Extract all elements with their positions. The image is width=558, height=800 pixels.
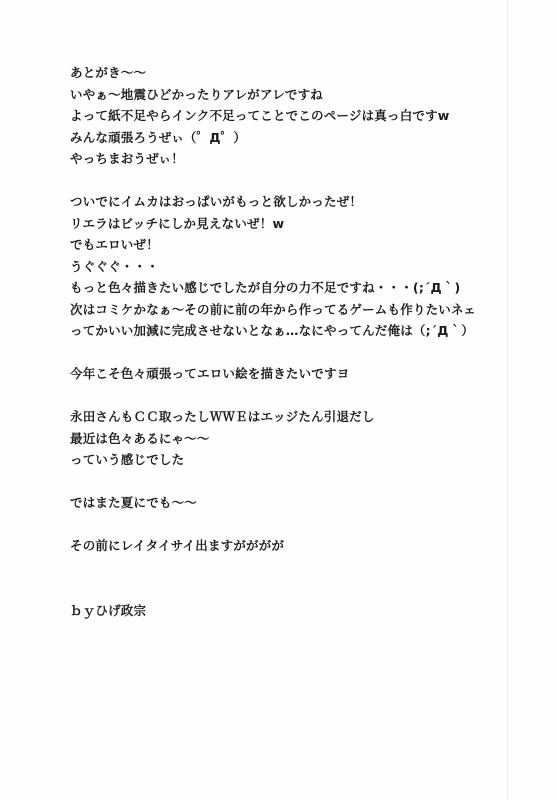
text-line: 最近は色々あるにゃ〜〜 (70, 428, 510, 450)
text-line: 永田さんもＣＣ取ったしＷＷＥはエッジたん引退だし (70, 406, 510, 428)
text-line: うぐぐぐ・・・ (70, 256, 510, 278)
paragraph-2: ついでにイムカはおっぱいがもっと欲しかったぜ！ リエラはビッチにしか見えないぜ！… (70, 191, 510, 342)
paragraph-gap (70, 557, 510, 600)
text-line: 次はコミケかなぁ〜その前に前の年から作ってるゲームも作りたいネェ (70, 299, 510, 321)
text-line: っていう感じでした (70, 449, 510, 471)
paragraph-gap (70, 342, 510, 364)
paragraph-gap (70, 471, 510, 493)
afterword-text: あとがき〜〜 いやぁ〜地震ひどかったりアレがアレですね よって紙不足やらインク不… (70, 62, 510, 621)
text-line: リエラはビッチにしか見えないぜ！w (70, 213, 510, 235)
paragraph-gap (70, 170, 510, 192)
text-line: ではまた夏にでも〜〜 (70, 492, 510, 514)
text-line: よって紙不足やらインク不足ってことでこのページは真っ白ですw (70, 105, 510, 127)
signature: ｂｙひげ政宗 (70, 600, 510, 622)
text-line: ついでにイムカはおっぱいがもっと欲しかったぜ！ (70, 191, 510, 213)
text-line: ってかいい加減に完成させないとなぁ…なにやってんだ俺は（;´Д｀） (70, 320, 510, 342)
text-line: でもエロいぜ！ (70, 234, 510, 256)
document-page: あとがき〜〜 いやぁ〜地震ひどかったりアレがアレですね よって紙不足やらインク不… (0, 0, 558, 800)
paragraph-1: あとがき〜〜 いやぁ〜地震ひどかったりアレがアレですね よって紙不足やらインク不… (70, 62, 510, 170)
text-line: もっと色々描きたい感じでしたが自分の力不足ですね・・・(;´Д｀) (70, 277, 510, 299)
paragraph-gap (70, 385, 510, 407)
paragraph-6: その前にレイタイサイ出ますがががが (70, 535, 510, 557)
text-line: やっちまおうぜぃ！ (70, 148, 510, 170)
text-line: その前にレイタイサイ出ますがががが (70, 535, 510, 557)
paragraph-gap (70, 514, 510, 536)
text-line: みんな頑張ろうぜぃ（゜Д゜） (70, 127, 510, 149)
text-line: いやぁ〜地震ひどかったりアレがアレですね (70, 84, 510, 106)
paragraph-4: 永田さんもＣＣ取ったしＷＷＥはエッジたん引退だし 最近は色々あるにゃ〜〜 ってい… (70, 406, 510, 471)
paragraph-5: ではまた夏にでも〜〜 (70, 492, 510, 514)
text-line: 今年こそ色々頑張ってエロい絵を描きたいですヨ (70, 363, 510, 385)
paragraph-3: 今年こそ色々頑張ってエロい絵を描きたいですヨ (70, 363, 510, 385)
afterword-heading: あとがき〜〜 (70, 62, 510, 84)
